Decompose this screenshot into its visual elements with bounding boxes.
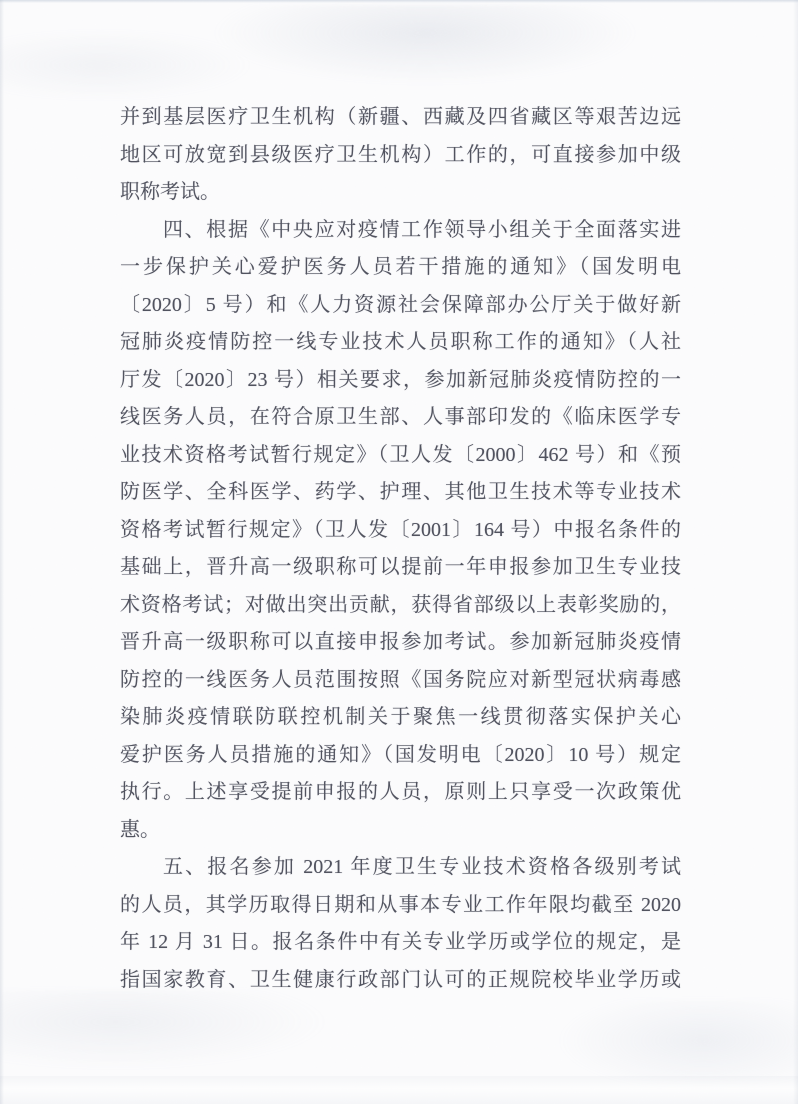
text-line: 业技术资格考试暂行规定》（卫人发〔2000〕462 号）和《预 [120, 437, 681, 475]
document-page: 并到基层医疗卫生机构（新疆、西藏及四省藏区等艰苦边远地区可放宽到县级医疗卫生机构… [0, 0, 798, 1104]
text-line: 线医务人员，在符合原卫生部、人事部印发的《临床医学专 [120, 399, 681, 437]
text-line: 年 12 月 31 日。报名条件中有关专业学历或学位的规定，是 [120, 924, 681, 962]
text-line: 术资格考试；对做出突出贡献，获得省部级以上表彰奖励的， [120, 587, 681, 625]
text-line: 爱护医务人员措施的通知》（国发明电〔2020〕10 号）规定 [120, 737, 681, 775]
text-line: 执行。上述享受提前申报的人员，原则上只享受一次政策优 [120, 774, 681, 812]
scan-edge-top [0, 0, 798, 3]
text-line: 并到基层医疗卫生机构（新疆、西藏及四省藏区等艰苦边远 [120, 99, 681, 137]
text-line: 冠肺炎疫情防控一线专业技术人员职称工作的通知》（人社 [120, 324, 681, 362]
text-line: 资格考试暂行规定》（卫人发〔2001〕164 号）中报名条件的 [120, 512, 681, 550]
scan-edge-left [0, 0, 4, 1104]
text-line: 的人员，其学历取得日期和从事本专业工作年限均截至 2020 [120, 887, 681, 925]
text-line: 防医学、全科医学、药学、护理、其他卫生技术等专业技术 [120, 474, 681, 512]
text-line: 五、报名参加 2021 年度卫生专业技术资格各级别考试 [120, 849, 681, 887]
scan-bleedthrough-smudge [0, 30, 250, 100]
text-line: 四、根据《中央应对疫情工作领导小组关于全面落实进 [120, 212, 681, 250]
text-line: 指国家教育、卫生健康行政部门认可的正规院校毕业学历或 [120, 962, 681, 1000]
scan-bleedthrough-smudge [0, 990, 330, 1070]
text-line: 职称考试。 [120, 174, 681, 212]
text-line: 地区可放宽到县级医疗卫生机构）工作的，可直接参加中级 [120, 137, 681, 175]
scan-bottom-band [0, 1076, 798, 1104]
text-block: 并到基层医疗卫生机构（新疆、西藏及四省藏区等艰苦边远地区可放宽到县级医疗卫生机构… [120, 99, 681, 999]
text-line: 基础上，晋升高一级职称可以提前一年申报参加卫生专业技 [120, 549, 681, 587]
text-line: 染肺炎疫情联防联控机制关于聚焦一线贯彻落实保护关心 [120, 699, 681, 737]
text-line: 惠。 [120, 812, 681, 850]
text-line: 一步保护关心爱护医务人员若干措施的通知》（国发明电 [120, 249, 681, 287]
text-line: 厅发〔2020〕23 号）相关要求，参加新冠肺炎疫情防控的一 [120, 362, 681, 400]
text-line: 〔2020〕5 号）和《人力资源社会保障部办公厅关于做好新 [120, 287, 681, 325]
text-line: 防控的一线医务人员范围按照《国务院应对新型冠状病毒感 [120, 662, 681, 700]
scan-bleedthrough-smudge [210, 5, 640, 85]
text-line: 晋升高一级职称可以直接申报参加考试。参加新冠肺炎疫情 [120, 624, 681, 662]
scan-edge-right [793, 0, 798, 1104]
